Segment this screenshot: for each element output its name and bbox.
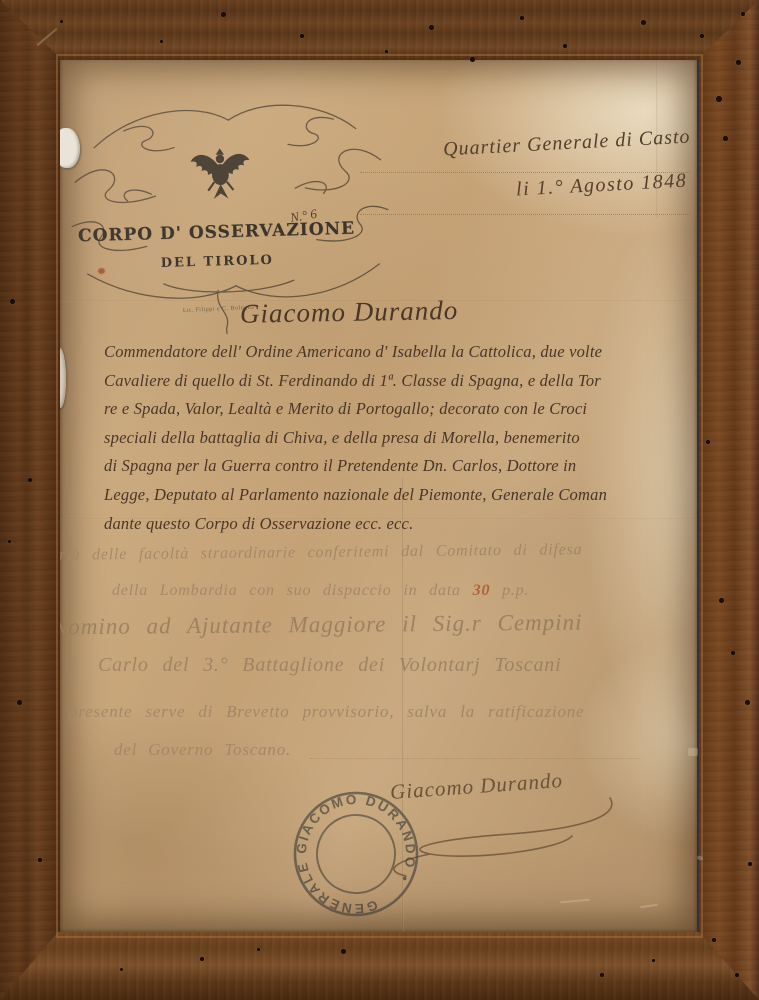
wormhole [716,96,722,102]
svg-text:GENERALE GIACOMO DURANDO •: GENERALE GIACOMO DURANDO • [272,770,440,932]
body-line: Cavaliere di quello di St. Ferdinando di… [104,367,692,396]
paper-tear-edge [60,348,66,408]
eagle-crest-icon [190,148,250,200]
wormhole [221,12,226,17]
body-line: di Spagna per la Guerra contro il Preten… [104,452,692,481]
wormhole [748,862,752,866]
wormhole [257,948,260,951]
body-line: Legge, Deputato al Parlamento nazionale … [104,481,692,510]
wormhole [470,57,475,62]
wormhole [300,34,304,38]
printed-rule [360,214,690,215]
wormhole [8,540,11,543]
body-line: re e Spada, Valor, Lealtà e Merito di Po… [104,395,692,424]
wormhole [735,973,739,977]
wormhole [741,12,745,16]
wormhole [38,858,42,862]
general-seal-stamp: GENERALE GIACOMO DURANDO • [234,732,477,932]
nomination-line2: Carlo del 3.° Battaglione dei Volontarj … [98,654,561,677]
wormhole [17,700,22,705]
body-text: Commendatore dell' Ordine Americano d' I… [104,338,692,538]
addressee-name: Giacomo Durando [240,293,560,330]
wormhole [641,20,646,25]
nomination-line1: Nomino ad Ajutante Maggiore il Sig.r Cem… [60,610,583,641]
wormhole [28,478,32,482]
faded-line-dispatch: della Lombardia con suo dispaccio in dat… [112,582,529,600]
dateline-date: li 1.° Agosto 1848 [515,170,687,202]
wormhole [723,136,728,141]
body-line: speciali della battaglia di Chiva, e del… [104,424,692,453]
wormhole [712,938,716,942]
stamp-ring-text: GENERALE GIACOMO DURANDO • [272,770,440,932]
wormhole [120,968,123,971]
faded-line-authority: virtù delle facoltà straordinarie confer… [60,541,583,565]
wormhole [563,44,567,48]
wormhole [429,25,434,30]
faded-line-dispatch-pre: della Lombardia con suo dispaccio in dat… [112,582,473,599]
dispatch-date-number: 30 [473,582,491,599]
body-line: dante questo Corpo di Osservazione ecc. … [104,510,692,539]
frame-bottom [0,930,759,1000]
wormhole [600,973,604,977]
frame-right [697,0,759,1000]
frame-top [0,0,759,60]
wormhole [341,949,346,954]
wormhole [745,700,750,705]
wormhole [160,40,163,43]
printed-rule [360,172,690,173]
brevet-line2: del Governo Toscano. [114,740,291,760]
frame-scuff [688,748,698,756]
wormhole [706,440,710,444]
wormhole [652,959,655,962]
framed-document-photo: CORPO D' OSSERVAZIONE DEL TIROLO Lit. Fi… [0,0,759,1000]
wormhole [10,299,15,304]
wormhole [731,651,735,655]
wormhole [719,598,724,603]
dateline-place: Quartier Generale di Casto [443,126,692,162]
wormhole [385,50,388,53]
brevet-line1: Il presente serve di Brevetto provvisori… [60,702,584,722]
document-paper: CORPO D' OSSERVAZIONE DEL TIROLO Lit. Fi… [60,58,697,932]
wormhole [200,957,204,961]
frame-left [0,0,60,1000]
faded-line-dispatch-post: p.p. [490,582,529,599]
body-line: Commendatore dell' Ordine Americano d' I… [104,338,692,367]
wormhole [60,20,63,23]
wormhole [700,34,704,38]
wormhole [736,60,741,65]
wormhole [520,16,524,20]
